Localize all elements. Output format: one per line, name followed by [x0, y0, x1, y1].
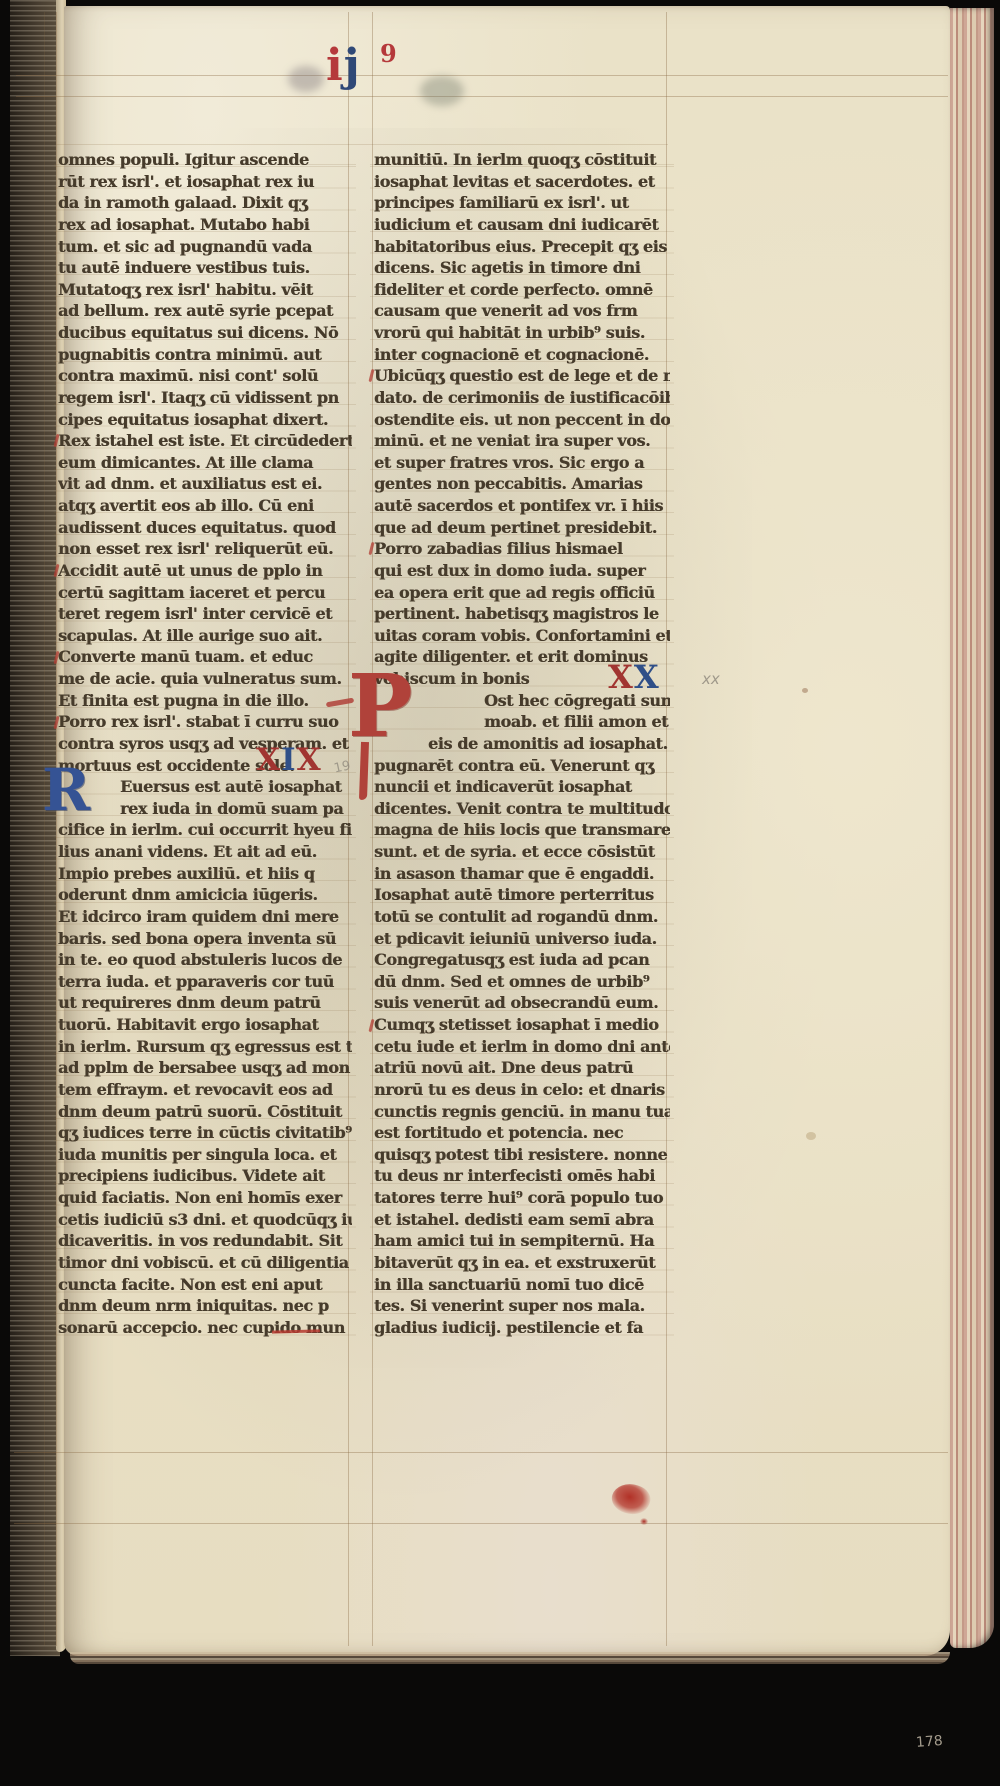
text-line: Et finita est pugna in die illo. [58, 690, 352, 712]
column-right-lines: munitiū. In ierlm quoqʒ cōstituitiosapha… [374, 149, 670, 1338]
text-line: iuda munitis per singula loca. et [58, 1144, 352, 1166]
text-line: dnm deum patrū suorū. Cōstituit [58, 1101, 352, 1123]
text-line: quisqʒ potest tibi resistere. nonne [374, 1144, 670, 1166]
text-line: sonarū accepcio. nec cupido mun [58, 1317, 352, 1339]
text-line: dicaveritis. in vos redundabit. Sit [58, 1230, 352, 1252]
text-line: Converte manū tuam. et educ [58, 646, 352, 668]
text-line: vit ad dnm. et auxiliatus est ei. [58, 473, 352, 495]
ink-letter: i [326, 40, 344, 91]
text-line: in ierlm. Rursum qʒ egressus est t [58, 1036, 352, 1058]
text-line: tem effraym. et revocavit eos ad [58, 1079, 352, 1101]
text-line: dicentes. Venit contra te multitudo [374, 798, 670, 820]
text-line: oderunt dnm amicicia iūgeris. [58, 884, 352, 906]
text-line: et pdicavit ieiuniū universo iuda. [374, 928, 670, 950]
text-line: Porro rex isrl'. stabat ī curru suo [58, 711, 352, 733]
text-line: tuorū. Habitavit ergo iosaphat [58, 1014, 352, 1036]
text-line: tu deus nr interfecisti omēs habi [374, 1165, 670, 1187]
text-line: in te. eo quod abstuleris lucos de [58, 949, 352, 971]
ruling-line [16, 96, 948, 97]
text-line: baris. sed bona opera inventa sū [58, 928, 352, 950]
text-line: ham amici tui in sempiternū. Ha [374, 1230, 670, 1252]
text-line: Mutatoqʒ rex isrl' habitu. vēit [58, 279, 352, 301]
ruling-line [16, 75, 948, 76]
header-ghost-smudge [420, 76, 464, 106]
parchment-speck [806, 1132, 816, 1140]
ink-letter: I [281, 742, 297, 778]
text-line: ad bellum. rex autē syrie pcepat [58, 300, 352, 322]
ruling-line [14, 1523, 948, 1524]
text-line: fideliter et corde perfecto. omnē [374, 279, 670, 301]
decorated-initial-r: R [42, 764, 90, 816]
text-line: audissent duces equitatus. quod [58, 517, 352, 539]
text-line: rex iuda in domū suam pa [58, 798, 352, 820]
text-line: lius anani videns. Et ait ad eū. [58, 841, 352, 863]
parchment-speck [802, 688, 808, 693]
text-line: tum. et sic ad pugnandū vada [58, 236, 352, 258]
text-column-right: munitiū. In ierlm quoqʒ cōstituitiosapha… [374, 149, 670, 1338]
text-line: ut requireres dnm deum patrū [58, 992, 352, 1014]
text-line: atriū novū ait. Dne deus patrū [374, 1057, 670, 1079]
text-line: teret regem isrl' inter cervicē et [58, 603, 352, 625]
text-line: rūt rex isrl'. et iosaphat rex iu [58, 171, 352, 193]
text-line: iosaphat levitas et sacerdotes. et [374, 171, 670, 193]
ink-letter: R [42, 756, 90, 824]
text-line: cunctis regnis genciū. in manu tua [374, 1101, 670, 1123]
text-line: cipes equitatus iosaphat dixert. [58, 409, 352, 431]
ink-letter: 9 [380, 39, 398, 68]
text-line: munitiū. In ierlm quoqʒ cōstituit [374, 149, 670, 171]
text-line: gentes non peccabitis. Amarias [374, 473, 670, 495]
text-line: et super fratres vros. Sic ergo a [374, 452, 670, 474]
text-line: terra iuda. et pparaveris cor tuū [58, 971, 352, 993]
text-line: eum dimicantes. At ille clama [58, 452, 352, 474]
text-line: cuncta facite. Non est eni aput [58, 1274, 352, 1296]
bottom-page-edges [70, 1652, 950, 1664]
text-line: bitaverūt qʒ in ea. et exstruxerūt [374, 1252, 670, 1274]
text-line: pugnarēt contra eū. Venerunt qʒ [374, 755, 670, 777]
text-line: et istahel. dedisti eam semī abra [374, 1209, 670, 1231]
text-line: iudicium et causam dni iudicarēt [374, 214, 670, 236]
text-line: Rex istahel est iste. Et circūdedert [58, 430, 352, 452]
running-header: ij 9 [326, 40, 361, 96]
header-ghost-smudge [288, 66, 324, 92]
decorated-initial-p: P [348, 668, 413, 746]
text-line: Impio prebes auxiliū. et hiis q [58, 863, 352, 885]
text-line: in illa sanctuariū nomī tuo dicē [374, 1274, 670, 1296]
ink-letter: X [634, 658, 660, 696]
text-line: suis venerūt ad obsecrandū eum. [374, 992, 670, 1014]
red-ink-dot [640, 1518, 648, 1525]
text-line: cifice in ierlm. cui occurrit hyeu fi [58, 819, 352, 841]
text-line: pertinent. habetisqʒ magistros le [374, 603, 670, 625]
text-line: tatores terre hui⁹ corā populo tuo [374, 1187, 670, 1209]
text-line: uitas coram vobis. Confortamini et [374, 625, 670, 647]
text-line: qʒ iudices terre in cūctis civitatib⁹ [58, 1122, 352, 1144]
ink-letter: P [348, 656, 413, 757]
text-line: da in ramoth galaad. Dixit qʒ [58, 192, 352, 214]
text-line: dnm deum nrm iniquitas. nec p [58, 1295, 352, 1317]
text-line: qui est dux in domo iuda. super [374, 560, 670, 582]
text-line: Accidit autē ut unus de pplo in [58, 560, 352, 582]
text-line: dū dnm. Sed et omnes de urbib⁹ [374, 971, 670, 993]
text-line: autē sacerdos et pontifex vr. ī hiis [374, 495, 670, 517]
text-line: gladius iudicij. pestilencie et fa [374, 1317, 670, 1339]
quire-mark-superscript: 9 [380, 28, 398, 80]
text-line: Porro zabadias filius hismael [374, 538, 670, 560]
text-line: timor dni vobiscū. et cū diligentia [58, 1252, 352, 1274]
ruling-line [14, 1452, 948, 1453]
text-line: magna de hiis locis que transmare [374, 819, 670, 841]
text-line: Et idcirco iram quidem dni mere [58, 906, 352, 928]
text-line: Cumqʒ stetisset iosaphat ī medio [374, 1014, 670, 1036]
text-line: precipiens iudicibus. Videte ait [58, 1165, 352, 1187]
text-line: est fortitudo et potencia. nec [374, 1122, 670, 1144]
text-line: dato. de cerimoniis de iustificacōib⁹ [374, 387, 670, 409]
text-line: tu autē induere vestibus tuis. [58, 257, 352, 279]
text-line: pugnabitis contra minimū. aut [58, 344, 352, 366]
text-line: sunt. et de syria. et ecce cōsistūt [374, 841, 670, 863]
text-line: moab. et filii amon et cum [374, 711, 670, 733]
text-line: habitatoribus eius. Precepit qʒ eis [374, 236, 670, 258]
text-line: vrorū qui habitāt in urbib⁹ suis. [374, 322, 670, 344]
text-line: causam que venerit ad vos frm [374, 300, 670, 322]
text-line: in asason thamar que ē engaddi. [374, 863, 670, 885]
text-line: Iosaphat autē timore perterritus [374, 884, 670, 906]
ruling-line [44, 12, 45, 1646]
text-line: eis de amonitis ad iosaphat. ut [374, 733, 670, 755]
text-line: principes familiarū ex isrl'. ut [374, 192, 670, 214]
ink-letter: X [297, 742, 322, 778]
text-line: cetu iude et ierlm in domo dni ante [374, 1036, 670, 1058]
text-line: ostendite eis. ut non peccent in do [374, 409, 670, 431]
text-line: quid faciatis. Non eni homīs exer [58, 1187, 352, 1209]
text-line: ea opera erit que ad regis officiū [374, 582, 670, 604]
text-line: scapulas. At ille aurige suo ait. [58, 625, 352, 647]
text-line: totū se contulit ad rogandū dnm. [374, 906, 670, 928]
ink-letter: X [608, 658, 634, 696]
margin-note-pencil-xx: xx [702, 670, 720, 688]
text-line: minū. et ne veniat ira super vos. [374, 430, 670, 452]
text-line: nuncii et indicaverūt iosaphat [374, 776, 670, 798]
text-line: dicens. Sic agetis in timore dni [374, 257, 670, 279]
text-line: que ad deum pertinet presidebit. [374, 517, 670, 539]
text-line: omnes populi. Igitur ascende [58, 149, 352, 171]
text-line: ducibus equitatus sui dicens. Nō [58, 322, 352, 344]
text-line: ad pplm de bersabee usqʒ ad mon [58, 1057, 352, 1079]
text-line: non esset rex isrl' reliquerūt eū. [58, 538, 352, 560]
chapter-numeral-xx: XX [608, 658, 660, 696]
text-line: cetis iudiciū s3 dni. et quodcūqʒ iu [58, 1209, 352, 1231]
text-line: Congregatusqʒ est iuda ad pcan [374, 949, 670, 971]
ink-letter: X [256, 742, 281, 778]
text-line: rex ad iosaphat. Mutabo habi [58, 214, 352, 236]
ruling-line [56, 144, 668, 145]
text-line: tes. Si venerint super nos mala. [374, 1295, 670, 1317]
text-line: certū sagittam iaceret et percu [58, 582, 352, 604]
chapter-numeral-xix: XIX [256, 742, 322, 778]
text-line: contra maximū. nisi cont' solū [58, 365, 352, 387]
text-line: inter cognacionē et cognacionē. [374, 344, 670, 366]
facing-page-text-edge [10, 0, 60, 1656]
quire-mark: ij [326, 40, 361, 91]
text-line: regem isrl'. Itaqʒ cū vidissent pn [58, 387, 352, 409]
text-line: atqʒ avertit eos ab illo. Cū eni [58, 495, 352, 517]
folio-number: 178 [915, 1733, 943, 1751]
fore-edge-page-stack [950, 8, 994, 1648]
text-line: Ubicūqʒ questio est de lege et de mā [374, 365, 670, 387]
text-line: Euersus est autē iosaphat [58, 776, 352, 798]
ink-letter: j [344, 40, 361, 91]
text-line: me de acie. quia vulneratus sum. [58, 668, 352, 690]
manuscript-photo: { "header": { "letters": [ {"ch": "i", "… [0, 0, 1000, 1786]
text-line: nrorū tu es deus in celo: et dnaris [374, 1079, 670, 1101]
